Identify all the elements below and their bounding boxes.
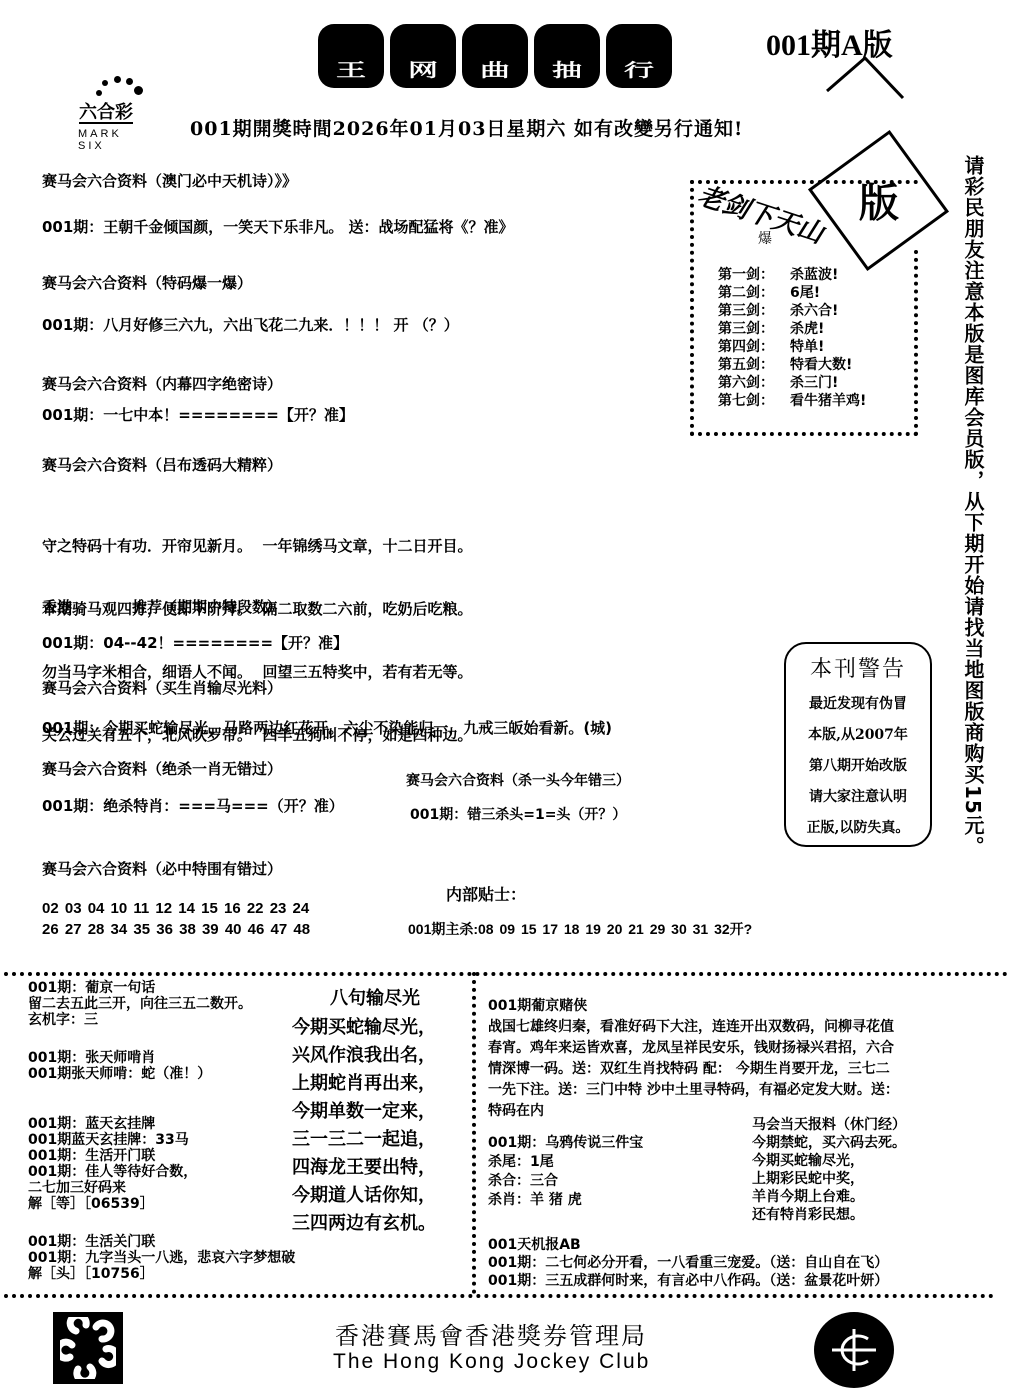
vertical-notice: 请彩民朋友注意本版是图库会员版，从下期开始请找当地图版商购买15元。: [962, 155, 984, 857]
section-text: 001期：一七中本！========【开？准】: [42, 404, 354, 425]
section-heading: 赛马会六合资料（特码爆一爆）: [42, 272, 252, 293]
section-heading: 赛马会六合资料（澳门必中天机诗）》》: [42, 170, 297, 191]
dotted-divider: [4, 972, 1008, 976]
section-heading: 赛马会六合资料（杀一头今年错三）: [406, 770, 630, 790]
warning-title: 本刊警告: [786, 652, 930, 683]
section-heading: 赛马会六合资料（必中特围有错过）: [42, 858, 282, 879]
list-item: 第四剑：特单!: [718, 338, 866, 356]
lottery-logo-icon: [53, 1312, 123, 1384]
dotted-divider: [4, 1294, 994, 1298]
title-block: 行: [606, 24, 672, 88]
section-heading: 赛马会六合资料（买生肖输尽光料）: [42, 677, 282, 698]
text-block: 001期：张天师啃肖 001期张天师啃：蛇（准！）: [28, 1050, 211, 1082]
list-item: 第五剑：特看大数!: [718, 356, 866, 374]
section-text: 001期：王朝千金倾国颜，一笑天下乐非凡。 送：战场配猛将《？准》: [42, 216, 514, 237]
masthead-title: 王 网 曲 抽 行: [318, 24, 672, 88]
title-block: 王: [318, 24, 384, 88]
poem-line: 守之特码十有功．开帘见新月。 一年锦绣马文章，十二日开目。: [42, 536, 472, 557]
title-block: 抽: [534, 24, 600, 88]
section-text: 001期：错三杀头=1=头（开？）: [410, 804, 626, 824]
list-item: 第三剑：杀虎!: [718, 320, 866, 338]
text-block: 001期葡京赌侠 战国七雄终归秦，看准好码下大注，连连开出双数码，问柳寻花值 春…: [488, 996, 899, 1122]
poem-title: 八句输尽光: [330, 985, 420, 1013]
list-item: 第二剑：6尾!: [718, 284, 866, 302]
jockey-club-logo-icon: [814, 1312, 894, 1388]
poem-block: 今期买蛇输尽光， 兴风作浪我出名， 上期蛇肖再出来， 今期单数一定来， 三一三二…: [292, 1014, 436, 1238]
text-block: 001期：生活关门联 001期：九字当头一八逃，悲哀六字梦想破 解［头］［107…: [28, 1234, 295, 1282]
number-row: 26 27 28 34 35 36 38 39 40 46 47 48: [42, 919, 310, 940]
title-block: 曲: [462, 24, 528, 88]
sword-list: 第一剑：杀蓝波! 第二剑：6尾! 第三剑：杀六合! 第三剑：杀虎! 第四剑：特单…: [718, 266, 866, 410]
section-heading: 香港: [42, 596, 72, 617]
text-block: 001期：蓝天玄挂牌 001期蓝天玄挂牌：33马 001期：生活开门联 001期…: [28, 1116, 197, 1212]
section-heading: 赛马会六合资料（绝杀一肖无错过）: [42, 758, 282, 779]
number-row: 02 03 04 10 11 12 14 15 16 22 23 24: [42, 898, 309, 919]
footer-title-cn: 香港賽馬會香港獎券管理局: [335, 1316, 647, 1351]
warning-line: 请大家注意认明: [786, 782, 930, 813]
tips-heading: 内部贴士：: [446, 882, 526, 905]
warning-line: 正版,以防失真。: [786, 813, 930, 844]
title-block: 网: [390, 24, 456, 88]
warning-line: 本版,从2007年: [786, 720, 930, 751]
section-heading: 赛马会六合资料（内幕四字绝密诗）: [42, 373, 282, 394]
list-item: 第三剑：杀六合!: [718, 302, 866, 320]
section-text: 001期：今期买蛇输尽光，马路两边红花开。六尘不染能归一，九戒三皈始看新。(城): [42, 717, 612, 738]
text-block: 马会当天报料（休门经） 今期禁蛇，买六码去死。 今期买蛇输尽光， 上期彩民蛇中奖…: [752, 1116, 906, 1224]
warning-line: 第八期开始改版: [786, 751, 930, 782]
text-block: 001期：葡京一句话 留二去五此三开，向往三五二数开。 玄机字：三: [28, 980, 252, 1028]
text-block: 001天机报AB 001期：二七何必分开看，一八看重三宠爱。（送：自山自在飞） …: [488, 1236, 888, 1290]
draw-notice: 001期開獎時間2026年01月03日星期六 如有改變另行通知!: [190, 114, 743, 141]
section-text: 001期：04--42！========【开？准】: [42, 632, 348, 653]
section-text: 001期：八月好修三六九，六出飞花二九来．！！！ 开 （？）: [42, 314, 459, 335]
dotted-border: [914, 250, 918, 436]
sword-box-subtitle: 爆: [758, 228, 772, 248]
section-text: 001期：绝杀特肖：===马===（开？准）: [42, 795, 344, 816]
footer-title-en: The Hong Kong Jockey Club: [333, 1350, 650, 1374]
dotted-divider: [472, 972, 476, 1294]
list-item: 第一剑：杀蓝波!: [718, 266, 866, 284]
list-item: 第七剑：看牛猪羊鸡!: [718, 392, 866, 410]
warning-box: 本刊警告 最近发现有伪冒 本版,从2007年 第八期开始改版 请大家注意认明 正…: [784, 642, 932, 847]
warning-line: 最近发现有伪冒: [786, 689, 930, 720]
tips-text: 001期主杀:08 09 15 17 18 19 20 21 29 30 31 …: [408, 919, 752, 940]
list-item: 第六剑：杀三门!: [718, 374, 866, 392]
stamp-chevron-icon: [825, 56, 905, 136]
section-heading: 赛马会六合资料（吕布透码大精粹）: [42, 454, 282, 475]
mark-six-logo: 六合彩 MARK SIX: [74, 74, 154, 144]
section-heading: 推荐（期期中特段数）: [132, 596, 282, 617]
text-block: 001期：乌鸦传说三件宝 杀尾：1尾 杀合：三合 杀肖：羊 猪 虎: [488, 1134, 643, 1210]
